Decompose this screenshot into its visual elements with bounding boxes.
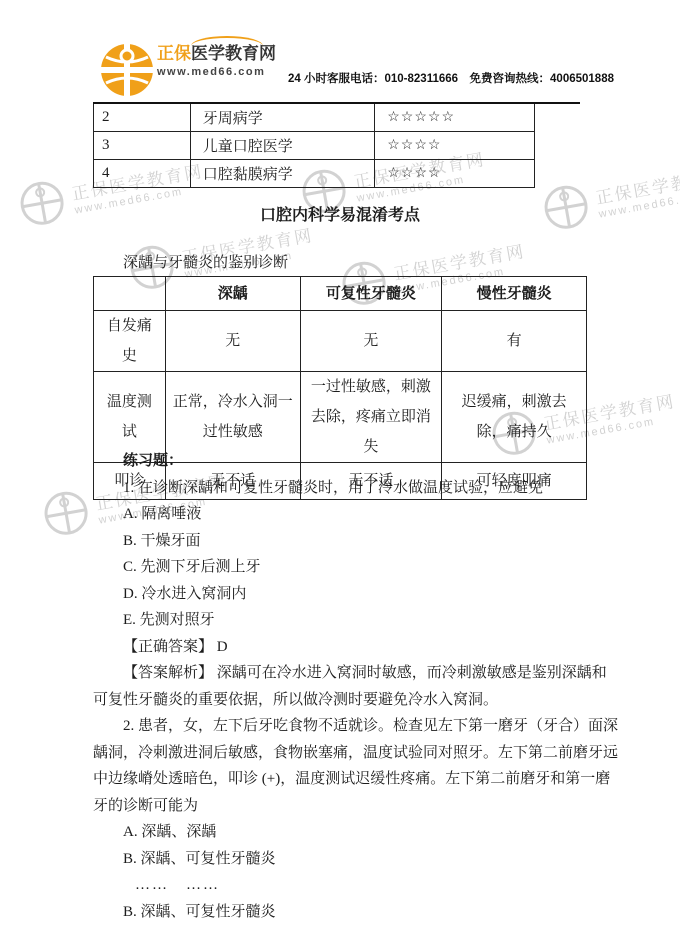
brand-name-rest: 医学教育网: [191, 44, 276, 63]
value-cell: 无: [165, 311, 300, 372]
subject-cell: 牙周病学: [190, 103, 375, 131]
watermark-text: 正保医学教育网 www.med66.com: [593, 161, 680, 221]
star-rating-cell: ☆☆☆☆: [375, 159, 535, 187]
med66-logo-icon: [100, 43, 154, 97]
row-number-cell: 4: [94, 159, 191, 187]
header-cell: 慢性牙髓炎: [442, 277, 587, 311]
question-1-option-a: A. 隔离唾液: [93, 501, 589, 528]
star-rating-cell: ☆☆☆☆: [375, 131, 535, 159]
watermark-brand: 正保医学教育网: [593, 161, 680, 209]
question-2-option-a: A. 深龋、深龋: [93, 819, 589, 846]
question-1-option-d: D. 冷水进入窝洞内: [93, 581, 589, 608]
row-label-cell: 自发痛史: [94, 311, 166, 372]
contact-hotline: 24 小时客服电话：010-82311666 免费咨询热线：4006501888: [288, 70, 614, 86]
question-1-correct-answer: 【正确答案】 D: [93, 634, 589, 661]
brand-name-highlight: 正保: [157, 44, 191, 63]
watermark-logo-icon: [39, 487, 92, 540]
question-2-option-b: B. 深龋、可复性牙髓炎: [93, 846, 589, 873]
value-cell: 无: [300, 311, 442, 372]
header-cell: [94, 277, 166, 311]
question-1-analysis-line-1: 【答案解析】 深龋可在冷水进入窝洞时敏感，而冷刺激敏感是鉴别深龋和: [93, 660, 589, 687]
question-1: 1. 在诊断深龋和可复性牙髓炎时，用了冷水做温度试验，应避免: [93, 475, 589, 502]
question-2-line-4: 牙的诊断可能为: [93, 793, 589, 820]
subject-star-table: 2 牙周病学 ☆☆☆☆☆ 3 儿童口腔医学 ☆☆☆☆ 4 口腔黏膜病学 ☆☆☆☆: [93, 102, 535, 188]
header-cell: 可复性牙髓炎: [300, 277, 442, 311]
question-2-option-b-repeat: B. 深龋、可复性牙髓炎: [93, 899, 589, 926]
exercise-heading: 练习题：: [93, 448, 589, 475]
question-1-option-b: B. 干燥牙面: [93, 528, 589, 555]
question-1-option-c: C. 先测下牙后测上牙: [93, 554, 589, 581]
brand-name: 正保医学教育网: [157, 44, 276, 64]
brand-lockup: 正保医学教育网 www.med66.com: [157, 36, 276, 78]
table-row: 3 儿童口腔医学 ☆☆☆☆: [94, 131, 535, 159]
question-2-line-1: 2. 患者，女，左下后牙吃食物不适就诊。检查见左下第一磨牙（牙合）面深: [93, 713, 589, 740]
table-top-border-extension: [535, 102, 580, 104]
section-title: 口腔内科学易混淆考点: [93, 202, 587, 225]
table-row: 自发痛史 无 无 有: [94, 311, 587, 372]
ellipsis-line: …… ……: [93, 872, 589, 899]
value-cell: 有: [442, 311, 587, 372]
subject-cell: 儿童口腔医学: [190, 131, 375, 159]
header-cell: 深龋: [165, 277, 300, 311]
exercise-section: 练习题： 1. 在诊断深龋和可复性牙髓炎时，用了冷水做温度试验，应避免 A. 隔…: [93, 448, 589, 925]
table-header-row: 深龋 可复性牙髓炎 慢性牙髓炎: [94, 277, 587, 311]
watermark-url: www.med66.com: [598, 185, 680, 220]
row-number-cell: 3: [94, 131, 191, 159]
row-number-cell: 2: [94, 103, 191, 131]
question-2-line-3: 中边缘嵴处透暗色，叩诊 (+)，温度测试迟缓性疼痛。左下第二前磨牙和第一磨: [93, 766, 589, 793]
star-rating-cell: ☆☆☆☆☆: [375, 103, 535, 131]
watermark-logo-icon: [15, 177, 68, 230]
question-1-analysis-line-2: 可复性牙髓炎的重要依据，所以做冷测时要避免冷水入窝洞。: [93, 687, 589, 714]
section-subtitle: 深龋与牙髓炎的鉴别诊断: [123, 251, 288, 272]
document-page: 正保医学教育网 www.med66.com 正保医学教育网 www.med66.…: [0, 0, 680, 936]
question-1-option-e: E. 先测对照牙: [93, 607, 589, 634]
brand-url: www.med66.com: [157, 66, 276, 78]
table-row: 4 口腔黏膜病学 ☆☆☆☆: [94, 159, 535, 187]
table-row: 2 牙周病学 ☆☆☆☆☆: [94, 103, 535, 131]
subject-cell: 口腔黏膜病学: [190, 159, 375, 187]
question-2-line-2: 龋洞，冷刺激进洞后敏感，食物嵌塞痛，温度试验同对照牙。左下第二前磨牙远: [93, 740, 589, 767]
